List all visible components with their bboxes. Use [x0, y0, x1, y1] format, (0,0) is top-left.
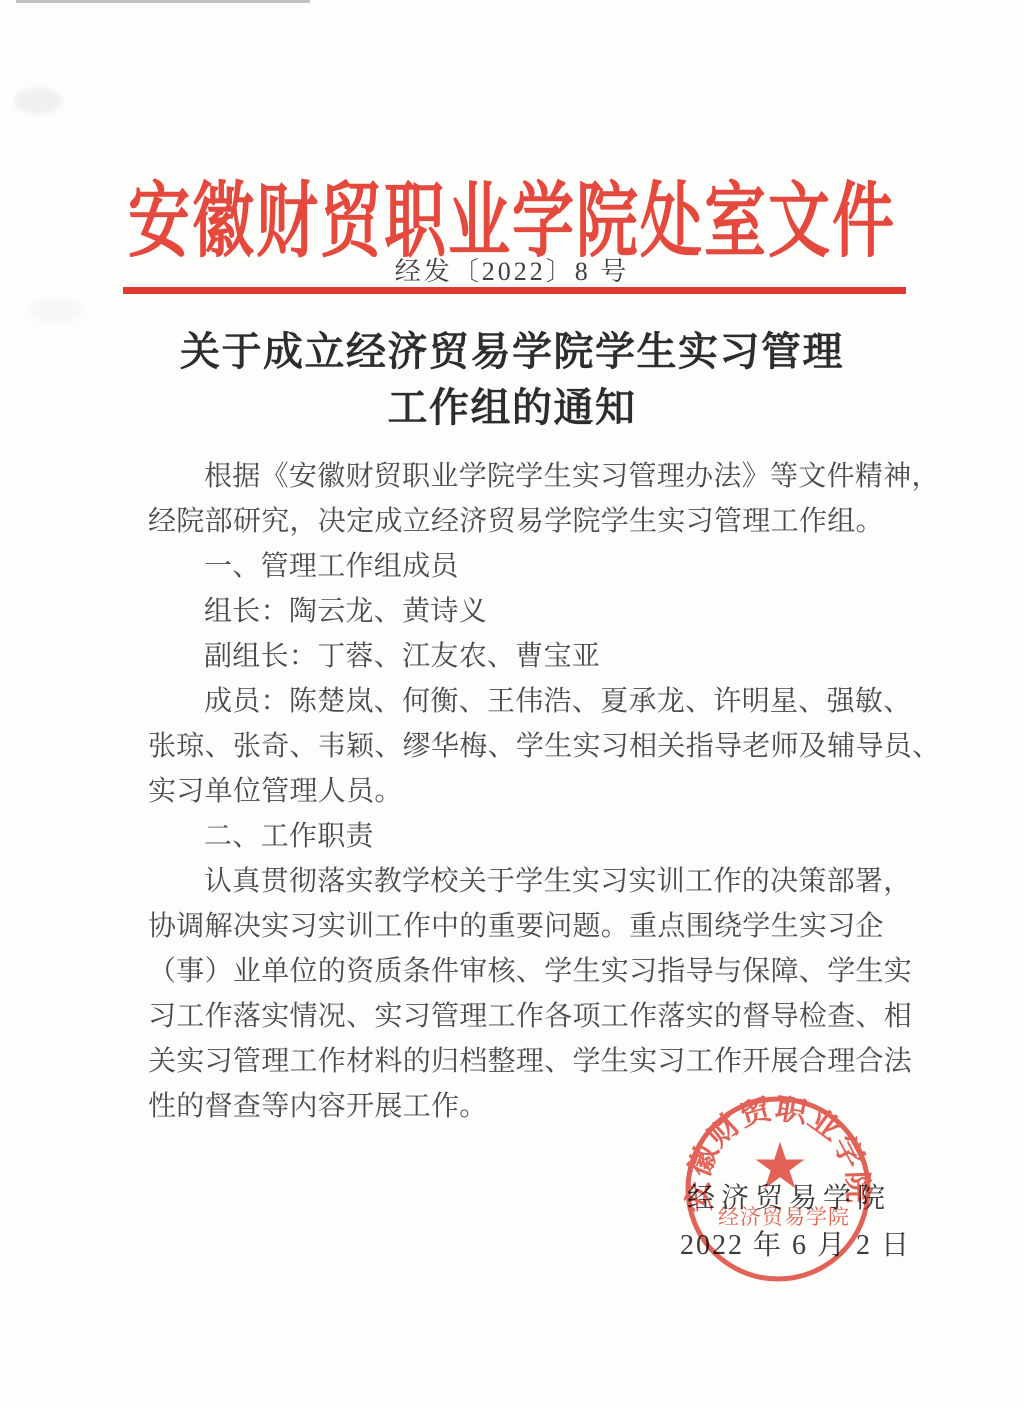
- body-line: 成员：陈楚岚、何衡、王伟浩、夏承龙、许明星、强敏、: [148, 679, 888, 724]
- body-line: 关实习管理工作材料的归档整理、学生实习工作开展合理合法: [148, 1039, 888, 1084]
- body-line: 协调解决实习实训工作中的重要问题。重点围绕学生实习企: [148, 904, 888, 949]
- section-heading: 一、管理工作组成员: [148, 544, 888, 589]
- body-line: 习工作落实情况、实习管理工作各项工作落实的督导检查、相: [148, 994, 888, 1039]
- red-divider-line: [123, 287, 906, 294]
- body-line: 张琼、张奇、韦颖、缪华梅、学生实习相关指导老师及辅导员、: [148, 724, 888, 769]
- section-heading: 二、工作职责: [148, 814, 888, 859]
- seal-inner-text: 经济贸易学院: [718, 1205, 850, 1229]
- scan-smudge-artifact: [30, 298, 82, 324]
- body-line: （事）业单位的资质条件审核、学生实习指导与保障、学生实: [148, 949, 888, 994]
- body-line: 实习单位管理人员。: [148, 769, 888, 814]
- document-page: 安徽财贸职业学院处室文件 经发〔2022〕8 号 关于成立经济贸易学院学生实习管…: [0, 0, 1024, 1408]
- star-icon: ★: [751, 1131, 808, 1202]
- body-line: 组长：陶云龙、黄诗义: [148, 589, 888, 634]
- body-line: 经院部研究，决定成立经济贸易学院学生实习管理工作组。: [148, 499, 888, 544]
- body-line: 根据《安徽财贸职业学院学生实习管理办法》等文件精神，: [148, 454, 888, 499]
- document-body: 根据《安徽财贸职业学院学生实习管理办法》等文件精神， 经院部研究，决定成立经济贸…: [148, 454, 888, 1129]
- document-number: 经发〔2022〕8 号: [0, 251, 1024, 288]
- body-line: 认真贯彻落实教学校关于学生实习实训工作的决策部署，: [148, 859, 888, 904]
- document-title-line-1: 关于成立经济贸易学院学生实习管理: [0, 324, 1024, 380]
- scan-smudge-artifact: [14, 88, 62, 114]
- official-seal: 安徽财贸职业学院 ★ 经济贸易学院: [683, 1091, 873, 1287]
- document-title-line-2: 工作组的通知: [0, 380, 1024, 436]
- scan-edge-artifact: [16, 0, 310, 3]
- document-title: 关于成立经济贸易学院学生实习管理 工作组的通知: [0, 324, 1024, 436]
- body-line: 副组长：丁蓉、江友农、曹宝亚: [148, 634, 888, 679]
- letterhead-title: 安徽财贸职业学院处室文件: [0, 156, 1024, 259]
